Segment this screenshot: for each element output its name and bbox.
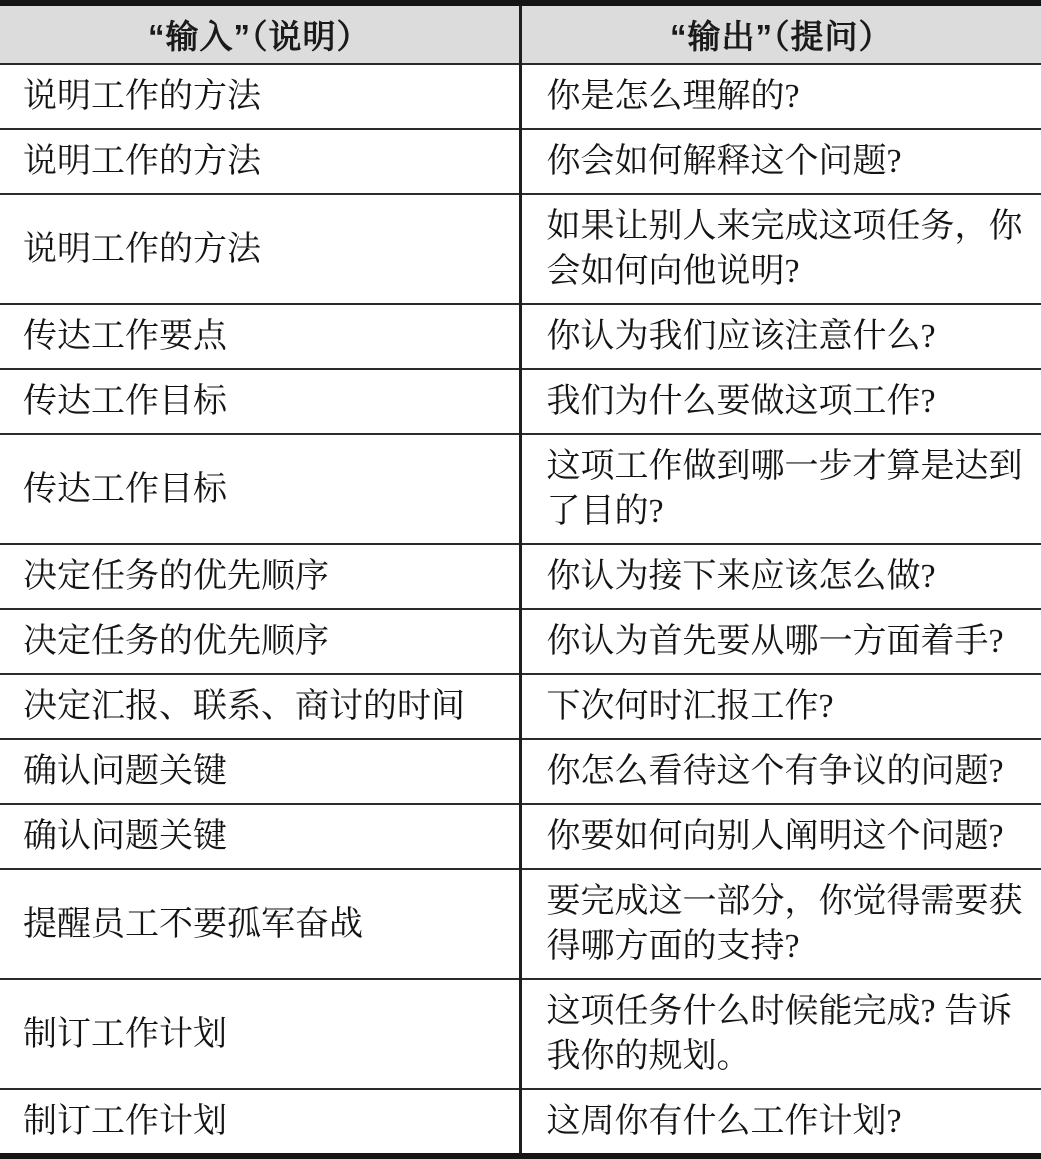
input-cell: 传达工作要点 — [0, 304, 520, 369]
table-row: 传达工作目标 我们为什么要做这项工作? — [0, 369, 1041, 434]
io-table: “输入”（说明） “输出”（提问） 说明工作的方法 你是怎么理解的? 说明工作的… — [0, 0, 1041, 1159]
output-cell: 你要如何向别人阐明这个问题? — [520, 804, 1041, 869]
header-row: “输入”（说明） “输出”（提问） — [0, 3, 1041, 64]
input-cell: 说明工作的方法 — [0, 64, 520, 129]
table-row: 确认问题关键 你要如何向别人阐明这个问题? — [0, 804, 1041, 869]
input-cell: 制订工作计划 — [0, 1089, 520, 1156]
table-row: 制订工作计划 这项任务什么时候能完成? 告诉我你的规划。 — [0, 979, 1041, 1089]
input-cell: 制订工作计划 — [0, 979, 520, 1089]
table-row: 提醒员工不要孤军奋战 要完成这一部分，你觉得需要获得哪方面的支持? — [0, 869, 1041, 979]
input-cell: 决定任务的优先顺序 — [0, 609, 520, 674]
table-row: 传达工作要点 你认为我们应该注意什么? — [0, 304, 1041, 369]
column-header-input: “输入”（说明） — [0, 3, 520, 64]
table-row: 传达工作目标 这项工作做到哪一步才算是达到了目的? — [0, 434, 1041, 544]
scanned-book-page: “输入”（说明） “输出”（提问） 说明工作的方法 你是怎么理解的? 说明工作的… — [0, 0, 1041, 1159]
column-header-output: “输出”（提问） — [520, 3, 1041, 64]
table-row: 决定汇报、联系、商讨的时间 下次何时汇报工作? — [0, 674, 1041, 739]
input-cell: 确认问题关键 — [0, 739, 520, 804]
table-row: 决定任务的优先顺序 你认为接下来应该怎么做? — [0, 544, 1041, 609]
table-row: 决定任务的优先顺序 你认为首先要从哪一方面着手? — [0, 609, 1041, 674]
output-cell: 你认为接下来应该怎么做? — [520, 544, 1041, 609]
input-cell: 提醒员工不要孤军奋战 — [0, 869, 520, 979]
input-cell: 说明工作的方法 — [0, 194, 520, 304]
input-cell: 决定汇报、联系、商讨的时间 — [0, 674, 520, 739]
output-cell: 这周你有什么工作计划? — [520, 1089, 1041, 1156]
output-cell: 你认为我们应该注意什么? — [520, 304, 1041, 369]
table-row: 说明工作的方法 你是怎么理解的? — [0, 64, 1041, 129]
input-cell: 传达工作目标 — [0, 434, 520, 544]
input-cell: 说明工作的方法 — [0, 129, 520, 194]
output-cell: 你是怎么理解的? — [520, 64, 1041, 129]
table-row: 确认问题关键 你怎么看待这个有争议的问题? — [0, 739, 1041, 804]
output-cell: 你会如何解释这个问题? — [520, 129, 1041, 194]
table-row: 说明工作的方法 如果让别人来完成这项任务，你会如何向他说明? — [0, 194, 1041, 304]
output-cell: 我们为什么要做这项工作? — [520, 369, 1041, 434]
input-cell: 确认问题关键 — [0, 804, 520, 869]
input-cell: 决定任务的优先顺序 — [0, 544, 520, 609]
output-cell: 下次何时汇报工作? — [520, 674, 1041, 739]
output-cell: 要完成这一部分，你觉得需要获得哪方面的支持? — [520, 869, 1041, 979]
input-cell: 传达工作目标 — [0, 369, 520, 434]
table-row: 说明工作的方法 你会如何解释这个问题? — [0, 129, 1041, 194]
output-cell: 你认为首先要从哪一方面着手? — [520, 609, 1041, 674]
output-cell: 你怎么看待这个有争议的问题? — [520, 739, 1041, 804]
output-cell: 如果让别人来完成这项任务，你会如何向他说明? — [520, 194, 1041, 304]
table-row: 制订工作计划 这周你有什么工作计划? — [0, 1089, 1041, 1156]
output-cell: 这项工作做到哪一步才算是达到了目的? — [520, 434, 1041, 544]
output-cell: 这项任务什么时候能完成? 告诉我你的规划。 — [520, 979, 1041, 1089]
